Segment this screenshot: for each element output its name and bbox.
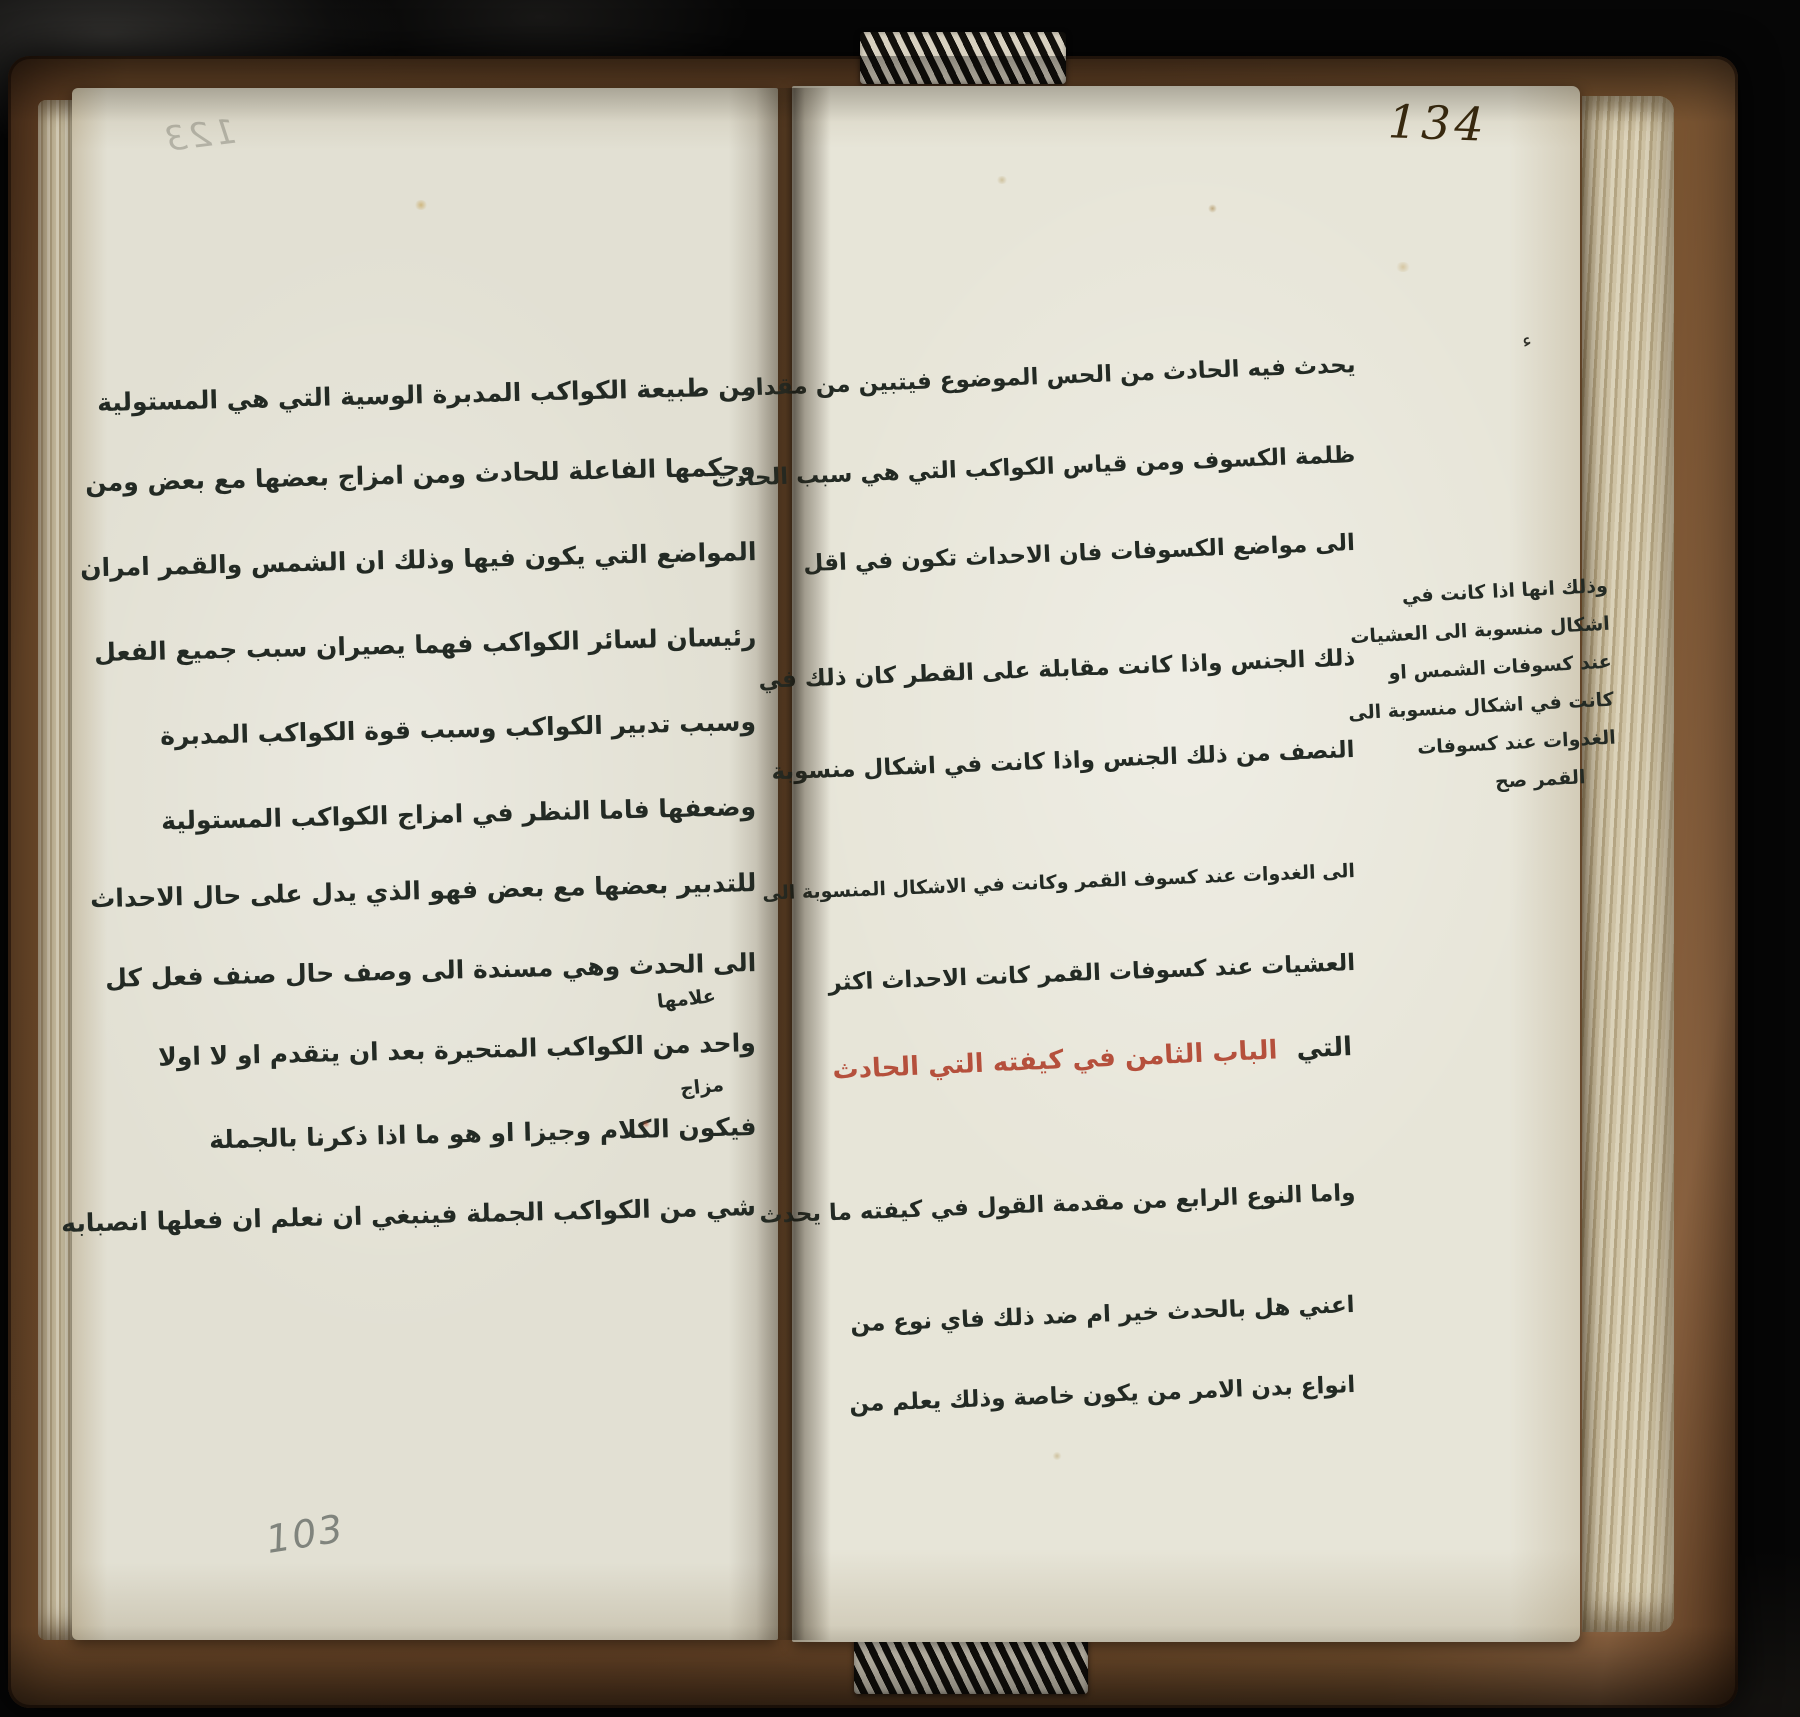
page-stain <box>996 176 1008 184</box>
manuscript-line: يحدث فيه الحادث من الحس الموضوع فيتبين م… <box>742 352 1356 402</box>
heading-lead-word: التي <box>1296 1032 1353 1064</box>
left-page: من طبيعة الكواكب المدبرة الوسية التي هي … <box>72 88 778 1640</box>
manuscript-line: ذلك الجنس واذا كانت مقابلة على القطر كان… <box>758 645 1356 694</box>
manuscript-line: شي من الكواكب الجملة فينبغي ان نعلم ان ف… <box>61 1192 756 1238</box>
page-stain <box>1052 1452 1062 1460</box>
fore-edge <box>1582 96 1674 1632</box>
page-stain <box>642 1120 650 1128</box>
manuscript-line: واحد من الكواكب المتحيرة بعد ان يتقدم او… <box>158 1028 756 1072</box>
manuscript-line: اعني هل بالحدث خير ام ضد ذلك فاي نوع من <box>850 1292 1355 1337</box>
page-stain <box>414 200 428 210</box>
manuscript-line: وحكمها الفاعلة للحادث ومن امزاج بعضها مع… <box>85 452 756 497</box>
heading-red-text: الباب الثامن في كيفته التي الحادث <box>832 1035 1278 1085</box>
endband-top <box>860 32 1066 84</box>
manuscript-line: الى الحدث وهي مسندة الى وصف حال صنف فعل … <box>105 948 757 993</box>
manuscript-line: وضعفها فاما النظر في امزاج الكواكب المست… <box>161 792 757 836</box>
manuscript-line: رئيسان لسائر الكواكب فهما يصيران سبب جمي… <box>93 622 756 667</box>
manuscript-line: النصف من ذلك الجنس واذا كانت في اشكال من… <box>771 737 1355 785</box>
superscript-word: مزاج <box>679 1074 725 1100</box>
manuscript-line: الى الغدوات عند كسوف القمر وكانت في الاش… <box>762 860 1355 905</box>
chapter-heading: التي الباب الثامن في كيفته التي الحادث <box>832 1032 1353 1086</box>
superscript-word: علامها <box>656 985 717 1013</box>
margin-note: وذلك انها اذا كانت في اشكال منسوبة الى ا… <box>1392 567 1619 806</box>
manuscript-line: العشيات عند كسوفات القمر كانت الاحداث اك… <box>828 950 1356 996</box>
manuscript-line: من طبيعة الكواكب المدبرة الوسية التي هي … <box>97 372 757 417</box>
manuscript-line: المواضع التي يكون فيها وذلك ان الشمس وال… <box>79 537 756 583</box>
manuscript-line: واما النوع الرابع من مقدمة القول في كيفت… <box>759 1180 1356 1229</box>
manuscript-line: انواع بدن الامر من يكون خاصة وذلك يعلم م… <box>849 1372 1356 1417</box>
folio-number: 134 <box>1387 94 1489 151</box>
manuscript-line: وسبب تدبير الكواكب وسبب قوة الكواكب المد… <box>160 707 756 751</box>
manuscript-line: الى مواضع الكسوفات فان الاحداث تكون في ا… <box>803 530 1356 577</box>
manuscript-line: للتدبير بعضها مع بعض فهو الذي يدل على حا… <box>90 868 757 913</box>
right-page: يحدث فيه الحادث من الحس الموضوع فيتبين م… <box>792 86 1580 1642</box>
endband-bottom <box>854 1636 1088 1694</box>
page-stain <box>1395 262 1411 272</box>
manuscript-line: فيكون الكلام وجيزا او هو ما اذا ذكرنا با… <box>208 1112 756 1154</box>
manuscript-line: ظلمة الكسوف ومن قياس الكواكب التي هي سبب… <box>711 442 1356 493</box>
manuscript-photo: { "manuscript": { "folio_number": "134",… <box>0 0 1800 1717</box>
page-stain <box>1208 204 1217 213</box>
